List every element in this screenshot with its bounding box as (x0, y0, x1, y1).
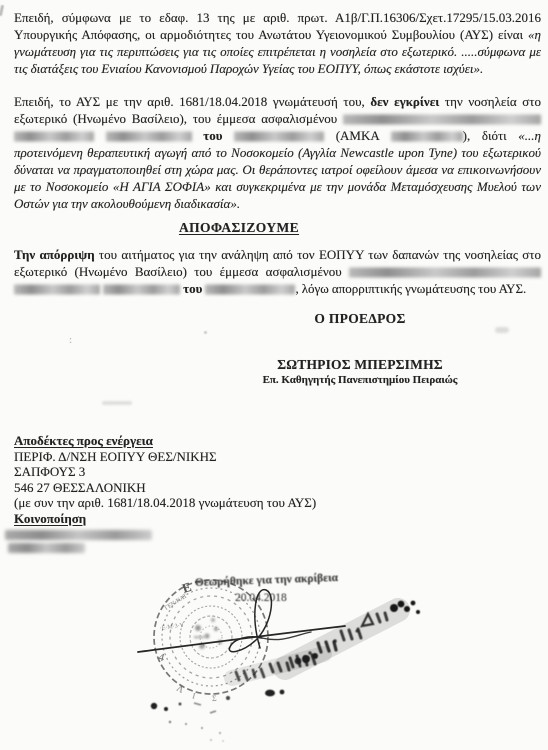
decision-paragraph: Την απόρριψη του αιτήματος για την ανάλη… (14, 246, 541, 297)
p1-normal-text: Επειδή, σύμφωνα με το εδαφ. 13 της με αρ… (14, 10, 541, 42)
scan-edge-mark (0, 5, 4, 16)
p2-not-approve-bold: δεν εγκρίνει (370, 94, 439, 109)
scan-speck (204, 331, 207, 334)
redacted-father-name (234, 131, 324, 142)
p3-tou-bold: του (183, 281, 202, 296)
redacted-surname (14, 131, 94, 142)
ink-specks (151, 690, 285, 742)
decision-heading: ΑΠΟΦΑΣΙΖΟΥΜΕ (0, 220, 478, 236)
redacted-name (349, 267, 541, 278)
recipient-line: ΠΕΡΙΦ. Δ/ΝΣΗ ΕΟΠΥΥ ΘΕΣ/ΝΙΚΗΣ (14, 449, 434, 465)
svg-text:Λ: Λ (175, 683, 186, 695)
p3-tail-text: , λόγω απορριπτικής γνωμάτευσης του ΑΥΣ. (295, 281, 526, 296)
stamp-rim-letters: Ε 4 ΓΕΝ·ΚΑΤ ·Ε·Μ·3·Υ Λ Ι Σ (157, 579, 217, 703)
cc-heading: Κοινοποίηση (14, 511, 434, 527)
recipient-line: ΣΑΠΦΟΥΣ 3 (14, 464, 434, 480)
official-stamp-and-signature: Ε 4 ΓΕΝ·ΚΑΤ ·Ε·Μ·3·Υ Λ Ι Σ Θεωρήθηκε για… (110, 552, 425, 750)
p2-amka-close-text: ), διότι (463, 128, 519, 143)
redacted-amka-number (391, 131, 463, 142)
svg-text:Ι: Ι (192, 691, 197, 700)
svg-text:Ε: Ε (180, 579, 193, 596)
svg-text:4: 4 (157, 651, 166, 664)
redacted-surname-2 (103, 284, 180, 295)
premise-paragraph-2: Επειδή, το ΑΥΣ με την αριθ. 1681/18.04.2… (14, 93, 541, 212)
president-title: Ο ΠΡΟΕΔΡΟΣ (250, 311, 470, 327)
redacted-cc-recipient-line-2 (8, 543, 85, 553)
redacted-name (343, 114, 541, 125)
redacted-surname (14, 284, 100, 295)
premise-paragraph-1: Επειδή, σύμφωνα με το εδαφ. 13 της με αρ… (14, 9, 541, 77)
p2-lead-text: Επειδή, το ΑΥΣ με την αριθ. 1681/18.04.2… (14, 94, 370, 109)
signatory-block: ΣΩΤΗΡΙΟΣ ΜΠΕΡΣΙΜΗΣ Επ. Καθηγητής Πανεπισ… (225, 357, 495, 386)
scan-smudge (495, 327, 509, 333)
svg-text:ΓΕΝ·ΚΑΤ: ΓΕΝ·ΚΑΤ (164, 593, 189, 612)
recipient-line: 546 27 ΘΕΣΣΑΛΟΝΙΚΗ (14, 480, 434, 496)
p2-tou-bold: του (203, 128, 222, 143)
scan-colon-mark: : (69, 334, 72, 346)
scan-faint-dash (102, 401, 132, 405)
redacted-cc-recipient-line-1 (5, 530, 152, 540)
p2-amka-open-text: (ΑΜΚΑ (336, 128, 391, 143)
p3-rejection-bold: Την απόρριψη (14, 247, 95, 262)
svg-text:Σ: Σ (212, 694, 217, 703)
redacted-father-name (205, 284, 295, 295)
signatory-name: ΣΩΤΗΡΙΟΣ ΜΠΕΡΣΙΜΗΣ (225, 357, 495, 373)
stamp-date: 20.04.2018 (235, 592, 287, 604)
scanned-decision-document: : Επειδή, σύμφωνα με το εδαφ. 13 της με … (0, 0, 548, 750)
redacted-surname-2 (106, 131, 192, 142)
recipient-line: (με συν την αριθ. 1681/18.04.2018 γνωμάτ… (14, 495, 434, 511)
recipients-action-heading: Αποδέκτες προς ενέργεια (14, 433, 434, 449)
signatory-role: Επ. Καθηγητής Πανεπιστημίου Πειραιώς (225, 374, 495, 386)
stamp-certified-text: Θεωρήθηκε για την ακρίβεια (195, 571, 339, 589)
recipients-block: Αποδέκτες προς ενέργεια ΠΕΡΙΦ. Δ/ΝΣΗ ΕΟΠ… (14, 433, 434, 553)
